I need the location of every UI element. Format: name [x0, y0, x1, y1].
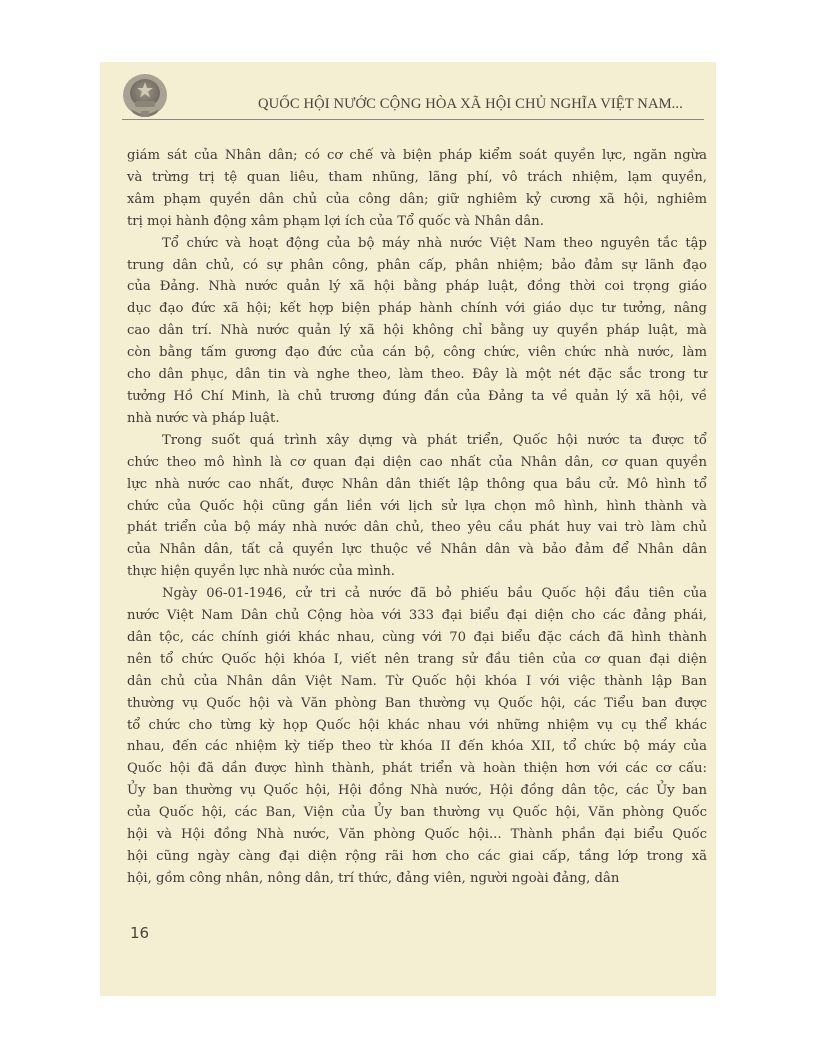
body-text: giám sát của Nhân dân; có cơ chế và biện… [127, 145, 707, 890]
text-line: và trừng trị tệ quan liêu, tham nhũng, l… [127, 167, 707, 189]
text-line: nước Việt Nam Dân chủ Cộng hòa với 333 đ… [127, 605, 707, 627]
header-divider [122, 119, 704, 120]
paragraph: Trong suốt quá trình xây dựng và phát tr… [127, 430, 707, 583]
book-page: QUỐC HỘI NƯỚC CỘNG HÒA XÃ HỘI CHỦ NGHĨA … [100, 62, 716, 996]
text-line: chức theo mô hình là cơ quan đại diện ca… [127, 452, 707, 474]
text-line: trị mọi hành động xâm phạm lợi ích của T… [127, 211, 707, 233]
text-line: của Đảng. Nhà nước quản lý xã hội bằng p… [127, 276, 707, 298]
text-line: của Quốc hội, các Ban, Viện của Ủy ban t… [127, 802, 707, 824]
paragraph: giám sát của Nhân dân; có cơ chế và biện… [127, 145, 707, 233]
text-line: Quốc hội đã dần được hình thành, phát tr… [127, 758, 707, 780]
text-line: dân tộc, các chính giới khác nhau, cùng … [127, 627, 707, 649]
text-line: chức của Quốc hội cũng gắn liền với lịch… [127, 496, 707, 518]
paragraph: Tổ chức và hoạt động của bộ máy nhà nước… [127, 233, 707, 430]
text-line: cho dân phục, dân tin và nghe theo, làm … [127, 364, 707, 386]
text-line: Tổ chức và hoạt động của bộ máy nhà nước… [127, 233, 707, 255]
text-line: tổ chức cho từng kỳ họp Quốc hội khác nh… [127, 715, 707, 737]
text-line: lực nhà nước cao nhất, được Nhân dân thi… [127, 474, 707, 496]
text-line: xâm phạm quyền dân chủ của công dân; giữ… [127, 189, 707, 211]
running-header-title: QUỐC HỘI NƯỚC CỘNG HÒA XÃ HỘI CHỦ NGHĨA … [258, 96, 683, 113]
text-line: Ngày 06-01-1946, cử tri cả nước đã bỏ ph… [127, 583, 707, 605]
paragraph: Ngày 06-01-1946, cử tri cả nước đã bỏ ph… [127, 583, 707, 890]
text-line: giám sát của Nhân dân; có cơ chế và biện… [127, 145, 707, 167]
text-line: Ủy ban thường vụ Quốc hội, Hội đồng Nhà … [127, 780, 707, 802]
text-line: trung dân chủ, có sự phân công, phân cấp… [127, 255, 707, 277]
text-line: tưởng Hồ Chí Minh, là chủ trương đúng đắ… [127, 386, 707, 408]
page-number: 16 [130, 924, 149, 942]
text-line: phát triển của bộ máy nhà nước dân chủ, … [127, 517, 707, 539]
text-line: hội và Hội đồng Nhà nước, Văn phòng Quốc… [127, 824, 707, 846]
text-line: nên tổ chức Quốc hội khóa I, viết nên tr… [127, 649, 707, 671]
text-line: còn bằng tấm gương đạo đức của cán bộ, c… [127, 342, 707, 364]
text-line: thực hiện quyền lực nhà nước của mình. [127, 561, 707, 583]
text-line: nhau, đến các nhiệm kỳ tiếp theo từ khóa… [127, 736, 707, 758]
text-line: nhà nước và pháp luật. [127, 408, 707, 430]
text-line: hội, gồm công nhân, nông dân, trí thức, … [127, 868, 707, 890]
text-line: thường vụ Quốc hội và Văn phòng Ban thườ… [127, 693, 707, 715]
text-line: cao dân trí. Nhà nước quản lý xã hội khô… [127, 320, 707, 342]
text-line: Trong suốt quá trình xây dựng và phát tr… [127, 430, 707, 452]
text-line: dục đạo đức xã hội; kết hợp biện pháp hà… [127, 298, 707, 320]
text-line: của Nhân dân, tất cả quyền lực thuộc về … [127, 539, 707, 561]
text-line: dân chủ của Nhân dân Việt Nam. Từ Quốc h… [127, 671, 707, 693]
text-line: hội cũng ngày càng đại diện rộng rãi hơn… [127, 846, 707, 868]
national-emblem-icon [121, 73, 169, 119]
